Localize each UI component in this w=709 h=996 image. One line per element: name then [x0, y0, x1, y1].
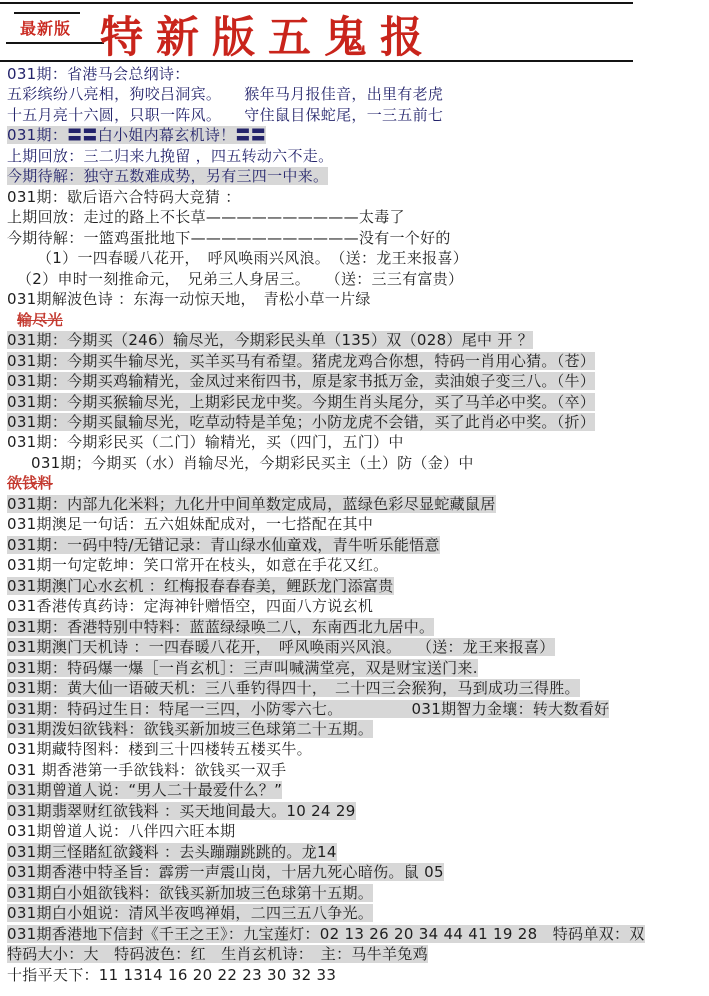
report-line-text: 031期澳门天机诗 ：一四春暖八花开， 呼风唤雨兴风浪。 （送：龙王来报喜） [7, 638, 555, 656]
report-line-text: 031期一句定乾坤：笑口常开在枝头，如意在手花又红。 [7, 556, 388, 574]
edition-badge-label: 最新版 [6, 14, 110, 42]
report-line-text: 031期：今期买猴输尽光，上期彩民龙中奖。今期生肖头尾分，买了马羊必中奖。（卒） [7, 393, 595, 411]
report-line-text: 031期：特码爆一爆［一肖玄机］：三声叫喊满堂亮，双是财宝送门来. [7, 659, 478, 677]
report-line: 031期：今期买牛输尽光，买羊买马有希望。猪虎龙鸡合你想，特码一肖用心猜。（苍） [7, 351, 707, 371]
report-line: 今期待解：一篮鸡蛋批地下———————————没有一个好的 [7, 228, 707, 248]
report-line-text: 031期三怪賭紅欲錢料 ：去头蹦蹦跳跳的。龙14 [7, 843, 337, 861]
report-line: 031期：特码过生日：特尾一三四，小防零六七。 031期智力金壤：转大数看好 [7, 699, 707, 719]
edition-badge: 最新版 [6, 12, 110, 44]
report-line-text: 031期：今期买（246）输尽光，今期彩民头单（135）双（028）尾中 开 ？ [7, 331, 533, 349]
report-line: 031期香港地下信封《千王之王》：九宝莲灯：02 13 26 20 34 44 … [7, 924, 707, 944]
report-line-text: 031期澳足一句话：五六姐妹配成对，一七搭配在其中 [7, 515, 373, 533]
report-line: 031期香港中特圣旨：霹雳一声震山岗，十居九死心暗伤。鼠 05 [7, 862, 707, 882]
report-line: 031期泼妇欲钱料：欲钱买新加坡三色球第二十五期。 [7, 719, 707, 739]
report-line: 031期藏特图料：楼到三十四楼转五楼买牛。 [7, 739, 707, 759]
report-line: 031期：今期买（246）输尽光，今期彩民头单（135）双（028）尾中 开 ？ [7, 330, 707, 350]
report-line: 031期；今期买（水）肖输尽光，今期彩民买主（土）防（金）中 [7, 453, 707, 473]
report-line: 031期澳门天机诗 ：一四春暖八花开， 呼风唤雨兴风浪。 （送：龙王来报喜） [7, 637, 707, 657]
report-line-text: 031期：省港马会总纲诗： [7, 65, 190, 83]
report-line: 031期：黄大仙一语破天机：三八垂钓得四十， 二十四三会猴狗，马到成功三得胜。 [7, 678, 707, 698]
report-line-text: 031期香港中特圣旨：霹雳一声震山岗，十居九死心暗伤。鼠 05 [7, 863, 444, 881]
report-line-text: 031期泼妇欲钱料：欲钱买新加坡三色球第二十五期。 [7, 720, 373, 738]
report-line: 031期曾道人说：“男人二十最爱什么？” [7, 780, 707, 800]
report-line-text: 031期：歇后语六合特码大竞猜 ： [7, 188, 241, 206]
report-line: 十指平天下：11 1314 16 20 22 23 30 32 33 [7, 965, 707, 985]
report-line-text: 031期：〓〓白小姐内幕玄机诗！〓〓 [7, 126, 266, 144]
report-line-text: 031期翡翠财红欲钱料 ：买天地间最大。10 24 29 [7, 802, 356, 820]
report-line: 031期：省港马会总纲诗： [7, 64, 707, 84]
report-line-text: 今期待解：一篮鸡蛋批地下———————————没有一个好的 [7, 229, 451, 247]
report-body: 031期：省港马会总纲诗：五彩缤纷八亮相，狗咬吕洞宾。 猴年马月报佳音，出里有老… [7, 64, 707, 985]
report-line-text: 欲钱料 [7, 474, 53, 492]
report-line-text: 031期：今期彩民买（二门）输精光，买（四门，五门）中 [7, 433, 404, 451]
report-line-text: 031期：特码过生日：特尾一三四，小防零六七。 031期智力金壤：转大数看好 [7, 700, 609, 718]
report-line-text: 031期曾道人说：八伴四六旺本期 [7, 822, 235, 840]
report-line: 031期：〓〓白小姐内幕玄机诗！〓〓 [7, 125, 707, 145]
report-line-text: 031期：今期买鼠输尽光，吃草动特是羊兔；小防龙虎不会错，买了此肖必中奖。（折） [7, 413, 595, 431]
report-line-text: 031期解波色诗 ：东海一动惊天地， 青松小草一片绿 [7, 290, 371, 308]
report-line: 031期澳门心水玄机 ：红梅报春春春美，鲤跃龙门添富贵 [7, 576, 707, 596]
report-line: 031期解波色诗 ：东海一动惊天地， 青松小草一片绿 [7, 289, 707, 309]
report-line-text: 十指平天下：11 1314 16 20 22 23 30 32 33 [7, 966, 336, 984]
report-line-text: 031期：内部九化米料；九化廾中间单数定成局，蓝绿色彩尽显蛇藏鼠居 [7, 495, 496, 513]
page-title: 特新版五鬼报 [100, 4, 645, 65]
report-line: 欲钱料 [7, 473, 707, 493]
report-line: 031期白小姐说：清风半夜鸣禅娟，二四三五八争光。 [7, 903, 707, 923]
report-line-text: 031期白小姐欲钱料：欲钱买新加坡三色球第十五期。 [7, 884, 373, 902]
report-line: 五彩缤纷八亮相，狗咬吕洞宾。 猴年马月报佳音，出里有老虎 [7, 84, 707, 104]
report-line-text: 031期藏特图料：楼到三十四楼转五楼买牛。 [7, 740, 312, 758]
report-line-text: 031期：今期买牛输尽光，买羊买马有希望。猪虎龙鸡合你想，特码一肖用心猜。（苍） [7, 352, 595, 370]
report-line-text: 输尽光 [17, 311, 63, 329]
report-line-text: 十五月亮十六圆，只职一阵风。 守住鼠目保蛇尾，一三五前七 [7, 106, 443, 124]
report-line-text: 上期回放：三二归来九挽留 ，四五转动六不走。 [7, 147, 333, 165]
report-line: 特码大小：大 特码波色：红 生肖玄机诗： 主：马牛羊兔鸡 [7, 944, 707, 964]
report-line: 031期：歇后语六合特码大竞猜 ： [7, 187, 707, 207]
report-line: 031期：今期彩民买（二门）输精光，买（四门，五门）中 [7, 432, 707, 452]
report-line: 031期白小姐欲钱料：欲钱买新加坡三色球第十五期。 [7, 883, 707, 903]
report-line: （1）一四春暖八花开， 呼风唤雨兴风浪。 （送：龙王来报喜） [7, 248, 707, 268]
report-line: 031期：香港特别中特料：蓝蓝绿绿唤二八，东南西北九居中。 [7, 617, 707, 637]
report-line-text: 031期澳门心水玄机 ：红梅报春春春美，鲤跃龙门添富贵 [7, 577, 394, 595]
title-underline-rule [0, 60, 633, 62]
report-line-text: 031期香港地下信封《千王之王》：九宝莲灯：02 13 26 20 34 44 … [7, 925, 645, 943]
report-line-text: 上期回放：走过的路上不长草——————————太毒了 [7, 208, 405, 226]
report-line-text: 今期待解：独守五数难成势，另有三四一中来。 [7, 167, 328, 185]
report-line-text: 031期：黄大仙一语破天机：三八垂钓得四十， 二十四三会猴狗，马到成功三得胜。 [7, 679, 580, 697]
report-line: 031期澳足一句话：五六姐妹配成对，一七搭配在其中 [7, 514, 707, 534]
report-line: 031期：今期买鼠输尽光，吃草动特是羊兔；小防龙虎不会错，买了此肖必中奖。（折） [7, 412, 707, 432]
report-line-text: 031香港传真药诗：定海神针赠悟空，四面八方说玄机 [7, 597, 373, 615]
report-line: 031期一句定乾坤：笑口常开在枝头，如意在手花又红。 [7, 555, 707, 575]
report-line-text: （1）一四春暖八花开， 呼风唤雨兴风浪。 （送：龙王来报喜） [37, 249, 468, 267]
report-line-text: 031期：香港特别中特料：蓝蓝绿绿唤二八，东南西北九居中。 [7, 618, 434, 636]
report-line: 031香港传真药诗：定海神针赠悟空，四面八方说玄机 [7, 596, 707, 616]
report-line: 031期：一码中特/无错记录：青山绿水仙童戏，青牛听乐能悟意 [7, 535, 707, 555]
report-line: （2）申时一刻推命元， 兄弟三人身居三。 （送：三三有富贵） [7, 269, 707, 289]
report-line: 上期回放：三二归来九挽留 ，四五转动六不走。 [7, 146, 707, 166]
report-line: 今期待解：独守五数难成势，另有三四一中来。 [7, 166, 707, 186]
report-line: 十五月亮十六圆，只职一阵风。 守住鼠目保蛇尾，一三五前七 [7, 105, 707, 125]
report-line: 031期：特码爆一爆［一肖玄机］：三声叫喊满堂亮，双是财宝送门来. [7, 658, 707, 678]
report-line-text: 五彩缤纷八亮相，狗咬吕洞宾。 猴年马月报佳音，出里有老虎 [7, 85, 443, 103]
report-line-text: 031期曾道人说：“男人二十最爱什么？” [7, 781, 282, 799]
report-line: 031期翡翠财红欲钱料 ：买天地间最大。10 24 29 [7, 801, 707, 821]
report-line: 上期回放：走过的路上不长草——————————太毒了 [7, 207, 707, 227]
report-line: 031期：内部九化米料；九化廾中间单数定成局，蓝绿色彩尽显蛇藏鼠居 [7, 494, 707, 514]
report-line: 031期三怪賭紅欲錢料 ：去头蹦蹦跳跳的。龙14 [7, 842, 707, 862]
report-line-text: 031 期香港第一手欲钱料：欲钱买一双手 [7, 761, 286, 779]
report-line: 031 期香港第一手欲钱料：欲钱买一双手 [7, 760, 707, 780]
report-line-text: 031期白小姐说：清风半夜鸣禅娟，二四三五八争光。 [7, 904, 373, 922]
report-line: 输尽光 [7, 310, 707, 330]
report-line-text: 特码大小：大 特码波色：红 生肖玄机诗： 主：马牛羊兔鸡 [7, 945, 428, 963]
report-line-text: 031期：一码中特/无错记录：青山绿水仙童戏，青牛听乐能悟意 [7, 536, 440, 554]
report-line-text: 031期：今期买鸡输精光，金凤过来衔四书，原是家书抵万金，卖油娘子变三八。（牛） [7, 372, 595, 390]
report-line: 031期曾道人说：八伴四六旺本期 [7, 821, 707, 841]
report-page: 最新版 特新版五鬼报 031期：省港马会总纲诗：五彩缤纷八亮相，狗咬吕洞宾。 猴… [0, 0, 709, 996]
report-line-text: 031期；今期买（水）肖输尽光，今期彩民买主（土）防（金）中 [31, 454, 474, 472]
badge-rule-bottom [6, 42, 104, 44]
report-line: 031期：今期买猴输尽光，上期彩民龙中奖。今期生肖头尾分，买了马羊必中奖。（卒） [7, 392, 707, 412]
report-line: 031期：今期买鸡输精光，金凤过来衔四书，原是家书抵万金，卖油娘子变三八。（牛） [7, 371, 707, 391]
report-line-text: （2）申时一刻推命元， 兄弟三人身居三。 （送：三三有富贵） [17, 270, 463, 288]
